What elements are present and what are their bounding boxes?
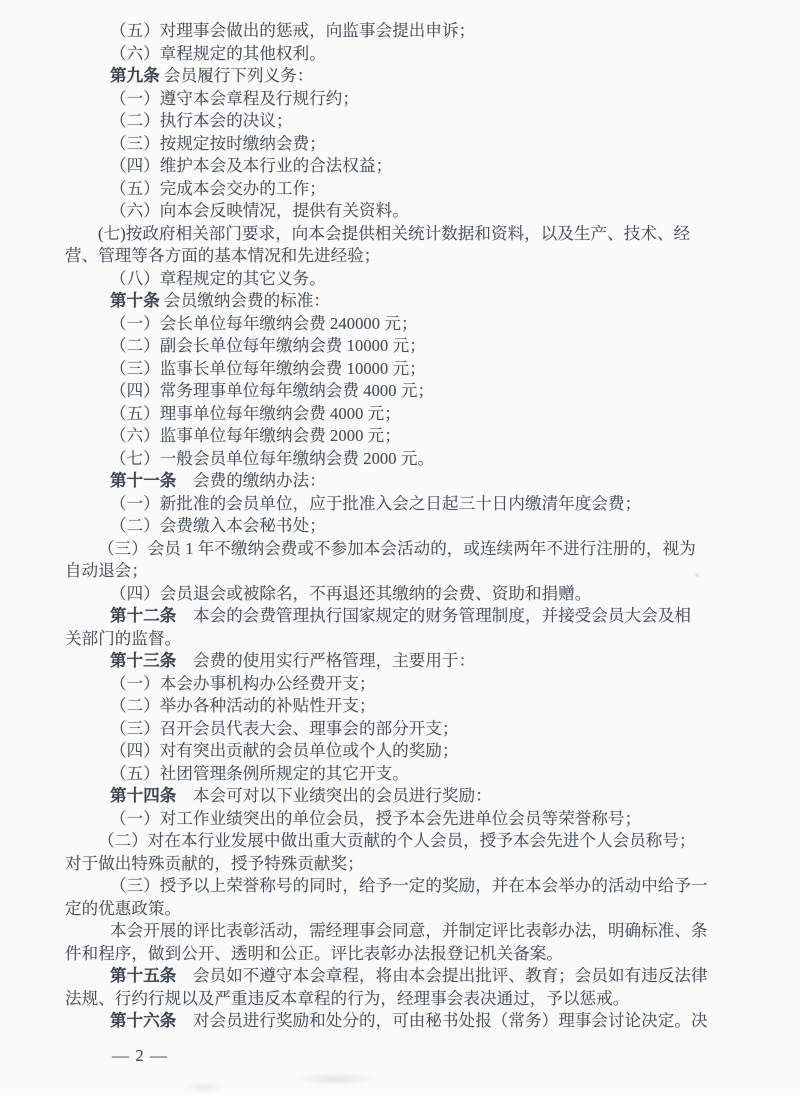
line-text: 本会的会费管理执行国家规定的财务管理制度，并接受会员大会及相: [176, 606, 691, 625]
document-line: （六）向本会反映情况，提供有关资料。: [65, 200, 765, 223]
line-text: （二）执行本会的决议；: [110, 111, 293, 130]
line-text: （七）一般会员单位每年缴纳会费 2000 元。: [110, 449, 434, 468]
line-text: 营、管理等各方面的基本情况和先进经验；: [65, 246, 380, 265]
line-text: （一）本会办事机构办公经费开支；: [110, 674, 376, 693]
article-number: 第九条: [110, 66, 160, 85]
document-line: （一）会长单位每年缴纳会费 240000 元；: [65, 313, 765, 336]
line-text: （三）会员 1 年不缴纳会费或不参加本会活动的，或连续两年不进行注册的，视为: [98, 539, 696, 558]
line-text: （一）遵守本会章程及行规行约；: [110, 89, 359, 108]
document-line: （一）本会办事机构办公经费开支；: [65, 673, 765, 696]
document-line: 第十条 会员缴纳会费的标准：: [65, 290, 765, 313]
document-line: (七)按政府相关部门要求，向本会提供相关统计数据和资料，以及生产、技术、经: [65, 223, 765, 246]
document-line: （一）遵守本会章程及行规行约；: [65, 88, 765, 111]
line-text: 本会可对以下业绩突出的会员进行奖励：: [176, 786, 491, 805]
line-text: （四）对有突出贡献的会员单位或个人的奖励；: [110, 741, 459, 760]
line-text: （五）社团管理条例所规定的其它开支。: [110, 764, 409, 783]
document-line: 第十二条 本会的会费管理执行国家规定的财务管理制度，并接受会员大会及相: [65, 605, 765, 628]
line-text: （三）监事长单位每年缴纳会费 10000 元；: [110, 359, 426, 378]
document-line: （二）副会长单位每年缴纳会费 10000 元；: [65, 335, 765, 358]
document-line: （一）对工作业绩突出的单位会员，授予本会先进单位会员等荣誉称号；: [65, 808, 765, 831]
document-line: （三）授予以上荣誉称号的同时，给予一定的奖励，并在本会举办的活动中给予一: [65, 875, 765, 898]
document-line: （八）章程规定的其它义务。: [65, 268, 765, 291]
line-text: 自动退会；: [65, 561, 148, 580]
article-number: 第十五条: [110, 966, 176, 985]
document-line: 自动退会；: [65, 560, 765, 583]
document-line: （三）监事长单位每年缴纳会费 10000 元；: [65, 358, 765, 381]
document-line: （四）常务理事单位每年缴纳会费 4000 元；: [65, 380, 765, 403]
line-text: （四）常务理事单位每年缴纳会费 4000 元；: [110, 381, 434, 400]
document-line: （七）一般会员单位每年缴纳会费 2000 元。: [65, 448, 765, 471]
document-line: （五）理事单位每年缴纳会费 4000 元；: [65, 403, 765, 426]
line-text: （八）章程规定的其它义务。: [110, 269, 326, 288]
line-text: 会员如不遵守本会章程，将由本会提出批评、教育；会员如有违反法律: [176, 966, 707, 985]
article-number: 第十一条: [110, 471, 176, 490]
line-text: （六）章程规定的其他权利。: [110, 44, 326, 63]
line-text: 本会开展的评比表彰活动，需经理事会同意，并制定评比表彰办法，明确标准、条: [110, 921, 708, 940]
document-line: （三）按规定按时缴纳会费；: [65, 133, 765, 156]
line-text: 会费的使用实行严格管理，主要用于：: [176, 651, 475, 670]
document-line: 定的优惠政策。: [65, 898, 765, 921]
line-text: 会员履行下列义务：: [160, 66, 314, 85]
document-line: 第十一条 会费的缴纳办法：: [65, 470, 765, 493]
line-text: （六）向本会反映情况，提供有关资料。: [110, 201, 409, 220]
document-line: （二）对在本行业发展中做出重大贡献的个人会员，授予本会先进个人会员称号；: [65, 830, 765, 853]
document-line: 营、管理等各方面的基本情况和先进经验；: [65, 245, 765, 268]
article-number: 第十三条: [110, 651, 176, 670]
charter-text-block: （五）对理事会做出的惩戒，向监事会提出申诉；（六）章程规定的其他权利。第九条 会…: [65, 20, 765, 1033]
line-text: 会员缴纳会费的标准：: [160, 291, 330, 310]
line-text: （二）会费缴入本会秘书处；: [110, 516, 326, 535]
line-text: 对会员进行奖励和处分的，可由秘书处报（常务）理事会讨论决定。决: [176, 1011, 707, 1030]
line-text: 对于做出特殊贡献的，授予特殊贡献奖；: [65, 854, 364, 873]
line-text: （四）会员退会或被除名，不再退还其缴纳的会费、资助和捐赠。: [110, 584, 591, 603]
document-line: （四）会员退会或被除名，不再退还其缴纳的会费、资助和捐赠。: [65, 583, 765, 606]
line-text: (七)按政府相关部门要求，向本会提供相关统计数据和资料，以及生产、技术、经: [98, 224, 690, 243]
document-line: （六）监事单位每年缴纳会费 2000 元；: [65, 425, 765, 448]
line-text: （六）监事单位每年缴纳会费 2000 元；: [110, 426, 401, 445]
line-text: （一）对工作业绩突出的单位会员，授予本会先进单位会员等荣誉称号；: [110, 809, 641, 828]
document-line: （六）章程规定的其他权利。: [65, 43, 765, 66]
line-text: 法规、行约行规以及严重违反本章程的行为，经理事会表决通过，予以惩戒。: [65, 989, 629, 1008]
document-line: 法规、行约行规以及严重违反本章程的行为，经理事会表决通过，予以惩戒。: [65, 988, 765, 1011]
line-text: （五）完成本会交办的工作；: [110, 179, 326, 198]
page-number: — 2 —: [112, 1046, 168, 1066]
line-text: （五）理事单位每年缴纳会费 4000 元；: [110, 404, 401, 423]
line-text: 定的优惠政策。: [65, 899, 181, 918]
document-line: （二）举办各种活动的补贴性开支；: [65, 695, 765, 718]
article-number: 第十二条: [110, 606, 176, 625]
document-line: （二）执行本会的决议；: [65, 110, 765, 133]
line-text: （二）对在本行业发展中做出重大贡献的个人会员，授予本会先进个人会员称号；: [98, 831, 696, 850]
line-text: （一）会长单位每年缴纳会费 240000 元；: [110, 314, 418, 333]
document-line: （五）对理事会做出的惩戒，向监事会提出申诉；: [65, 20, 765, 43]
document-line: 关部门的监督。: [65, 628, 765, 651]
line-text: （二）副会长单位每年缴纳会费 10000 元；: [110, 336, 426, 355]
line-text: （四）维护本会及本行业的合法权益；: [110, 156, 392, 175]
line-text: 关部门的监督。: [65, 629, 181, 648]
document-line: 第十五条 会员如不遵守本会章程，将由本会提出批评、教育；会员如有违反法律: [65, 965, 765, 988]
line-text: （二）举办各种活动的补贴性开支；: [110, 696, 376, 715]
document-line: （一）新批准的会员单位，应于批准入会之日起三十日内缴清年度会费；: [65, 493, 765, 516]
document-line: （三）召开会员代表大会、理事会的部分开支；: [65, 718, 765, 741]
line-text: （三）召开会员代表大会、理事会的部分开支；: [110, 719, 459, 738]
line-text: 件和程序，做到公开、透明和公正。评比表彰办法报登记机关备案。: [65, 944, 563, 963]
document-line: （四）对有突出贡献的会员单位或个人的奖励；: [65, 740, 765, 763]
line-text: （一）新批准的会员单位，应于批准入会之日起三十日内缴清年度会费；: [110, 494, 641, 513]
article-number: 第十条: [110, 291, 160, 310]
document-line: 第九条 会员履行下列义务：: [65, 65, 765, 88]
line-text: （五）对理事会做出的惩戒，向监事会提出申诉；: [110, 21, 475, 40]
line-text: （三）按规定按时缴纳会费；: [110, 134, 326, 153]
document-line: 件和程序，做到公开、透明和公正。评比表彰办法报登记机关备案。: [65, 943, 765, 966]
document-line: 第十四条 本会可对以下业绩突出的会员进行奖励：: [65, 785, 765, 808]
document-line: （二）会费缴入本会秘书处；: [65, 515, 765, 538]
document-line: （三）会员 1 年不缴纳会费或不参加本会活动的，或连续两年不进行注册的，视为: [65, 538, 765, 561]
document-line: （四）维护本会及本行业的合法权益；: [65, 155, 765, 178]
document-line: 本会开展的评比表彰活动，需经理事会同意，并制定评比表彰办法，明确标准、条: [65, 920, 765, 943]
article-number: 第十四条: [110, 786, 176, 805]
document-line: 对于做出特殊贡献的，授予特殊贡献奖；: [65, 853, 765, 876]
document-line: （五）社团管理条例所规定的其它开支。: [65, 763, 765, 786]
document-line: （五）完成本会交办的工作；: [65, 178, 765, 201]
document-line: 第十六条 对会员进行奖励和处分的，可由秘书处报（常务）理事会讨论决定。决: [65, 1010, 765, 1033]
document-line: 第十三条 会费的使用实行严格管理，主要用于：: [65, 650, 765, 673]
line-text: （三）授予以上荣誉称号的同时，给予一定的奖励，并在本会举办的活动中给予一: [110, 876, 708, 895]
line-text: 会费的缴纳办法：: [176, 471, 325, 490]
article-number: 第十六条: [110, 1011, 176, 1030]
